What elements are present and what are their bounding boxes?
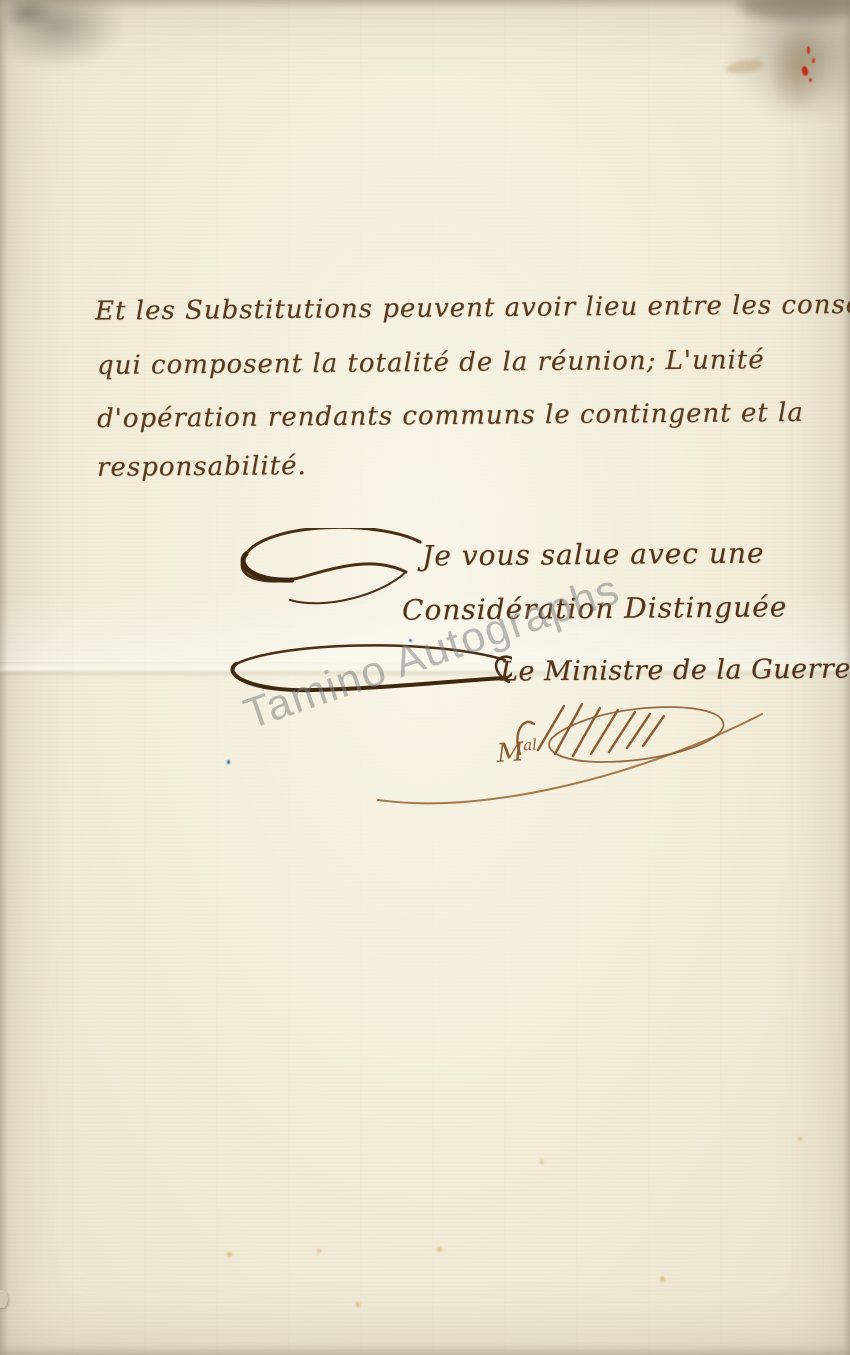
top-right-corner-stain [698,0,850,152]
red-ink-speck [812,58,816,64]
foxing-spot [227,1252,232,1257]
red-ink-speck [809,78,812,82]
letter-page: Et les Substitutions peuvent avoir lieu … [0,0,850,1355]
closing-pen-flourish [228,528,428,616]
paper-edge-bottom [0,1345,850,1355]
brown-smudge [725,57,764,75]
closing-line-1: Je vous salue avec une [422,537,765,573]
top-right-edge-stain [738,0,850,20]
red-ink-speck [801,66,809,77]
top-right-brown-blotch [752,3,846,131]
body-line-1: Et les Substitutions peuvent avoir lieu … [95,289,850,326]
signature-scrawl [370,688,770,813]
foxing-spot [356,1302,360,1307]
foxing-spot [660,1276,665,1282]
signoff-line: Le Ministre de la Guerre. [500,653,850,687]
foxing-spot [317,1249,321,1253]
blue-speck [227,760,230,764]
top-left-corner-stain [0,0,146,84]
body-line-3: d'opération rendants communs le continge… [97,398,804,434]
body-line-4: responsabilité. [97,451,307,483]
foxing-spot [540,1160,543,1164]
red-ink-speck [807,46,810,54]
foxing-spot [798,1137,802,1141]
body-line-2: qui composent la totalité de la réunion;… [97,345,765,381]
paper-edge-top [0,0,850,9]
foxing-spot [437,1247,442,1252]
edge-tear [0,1290,8,1308]
top-left-corner-stain-dark [0,0,62,34]
